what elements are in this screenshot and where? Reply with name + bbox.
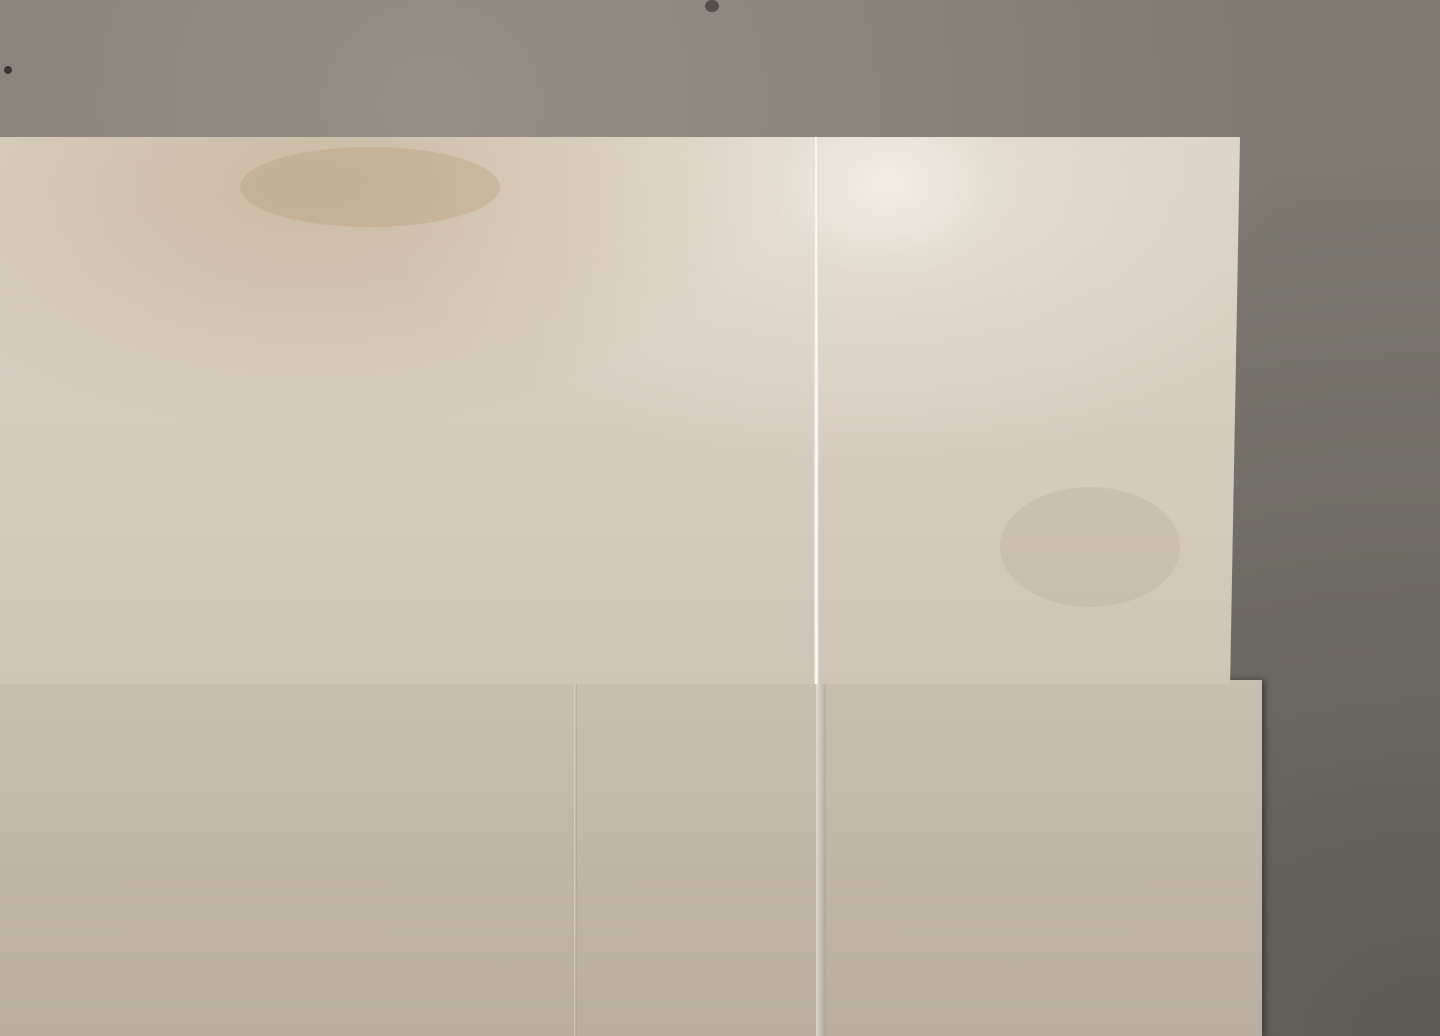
paper-crease xyxy=(816,680,826,1036)
torn-paper-area xyxy=(760,137,1020,287)
paper-crease xyxy=(574,680,577,1036)
paper-folded-flap: Fr. Schwientz' Atelier xyxy=(0,137,1240,684)
age-stain xyxy=(1000,487,1180,607)
dust-speck xyxy=(4,66,12,74)
age-stain xyxy=(240,147,500,227)
paper-lower-sheet xyxy=(0,680,1262,1036)
dust-speck xyxy=(705,0,719,12)
